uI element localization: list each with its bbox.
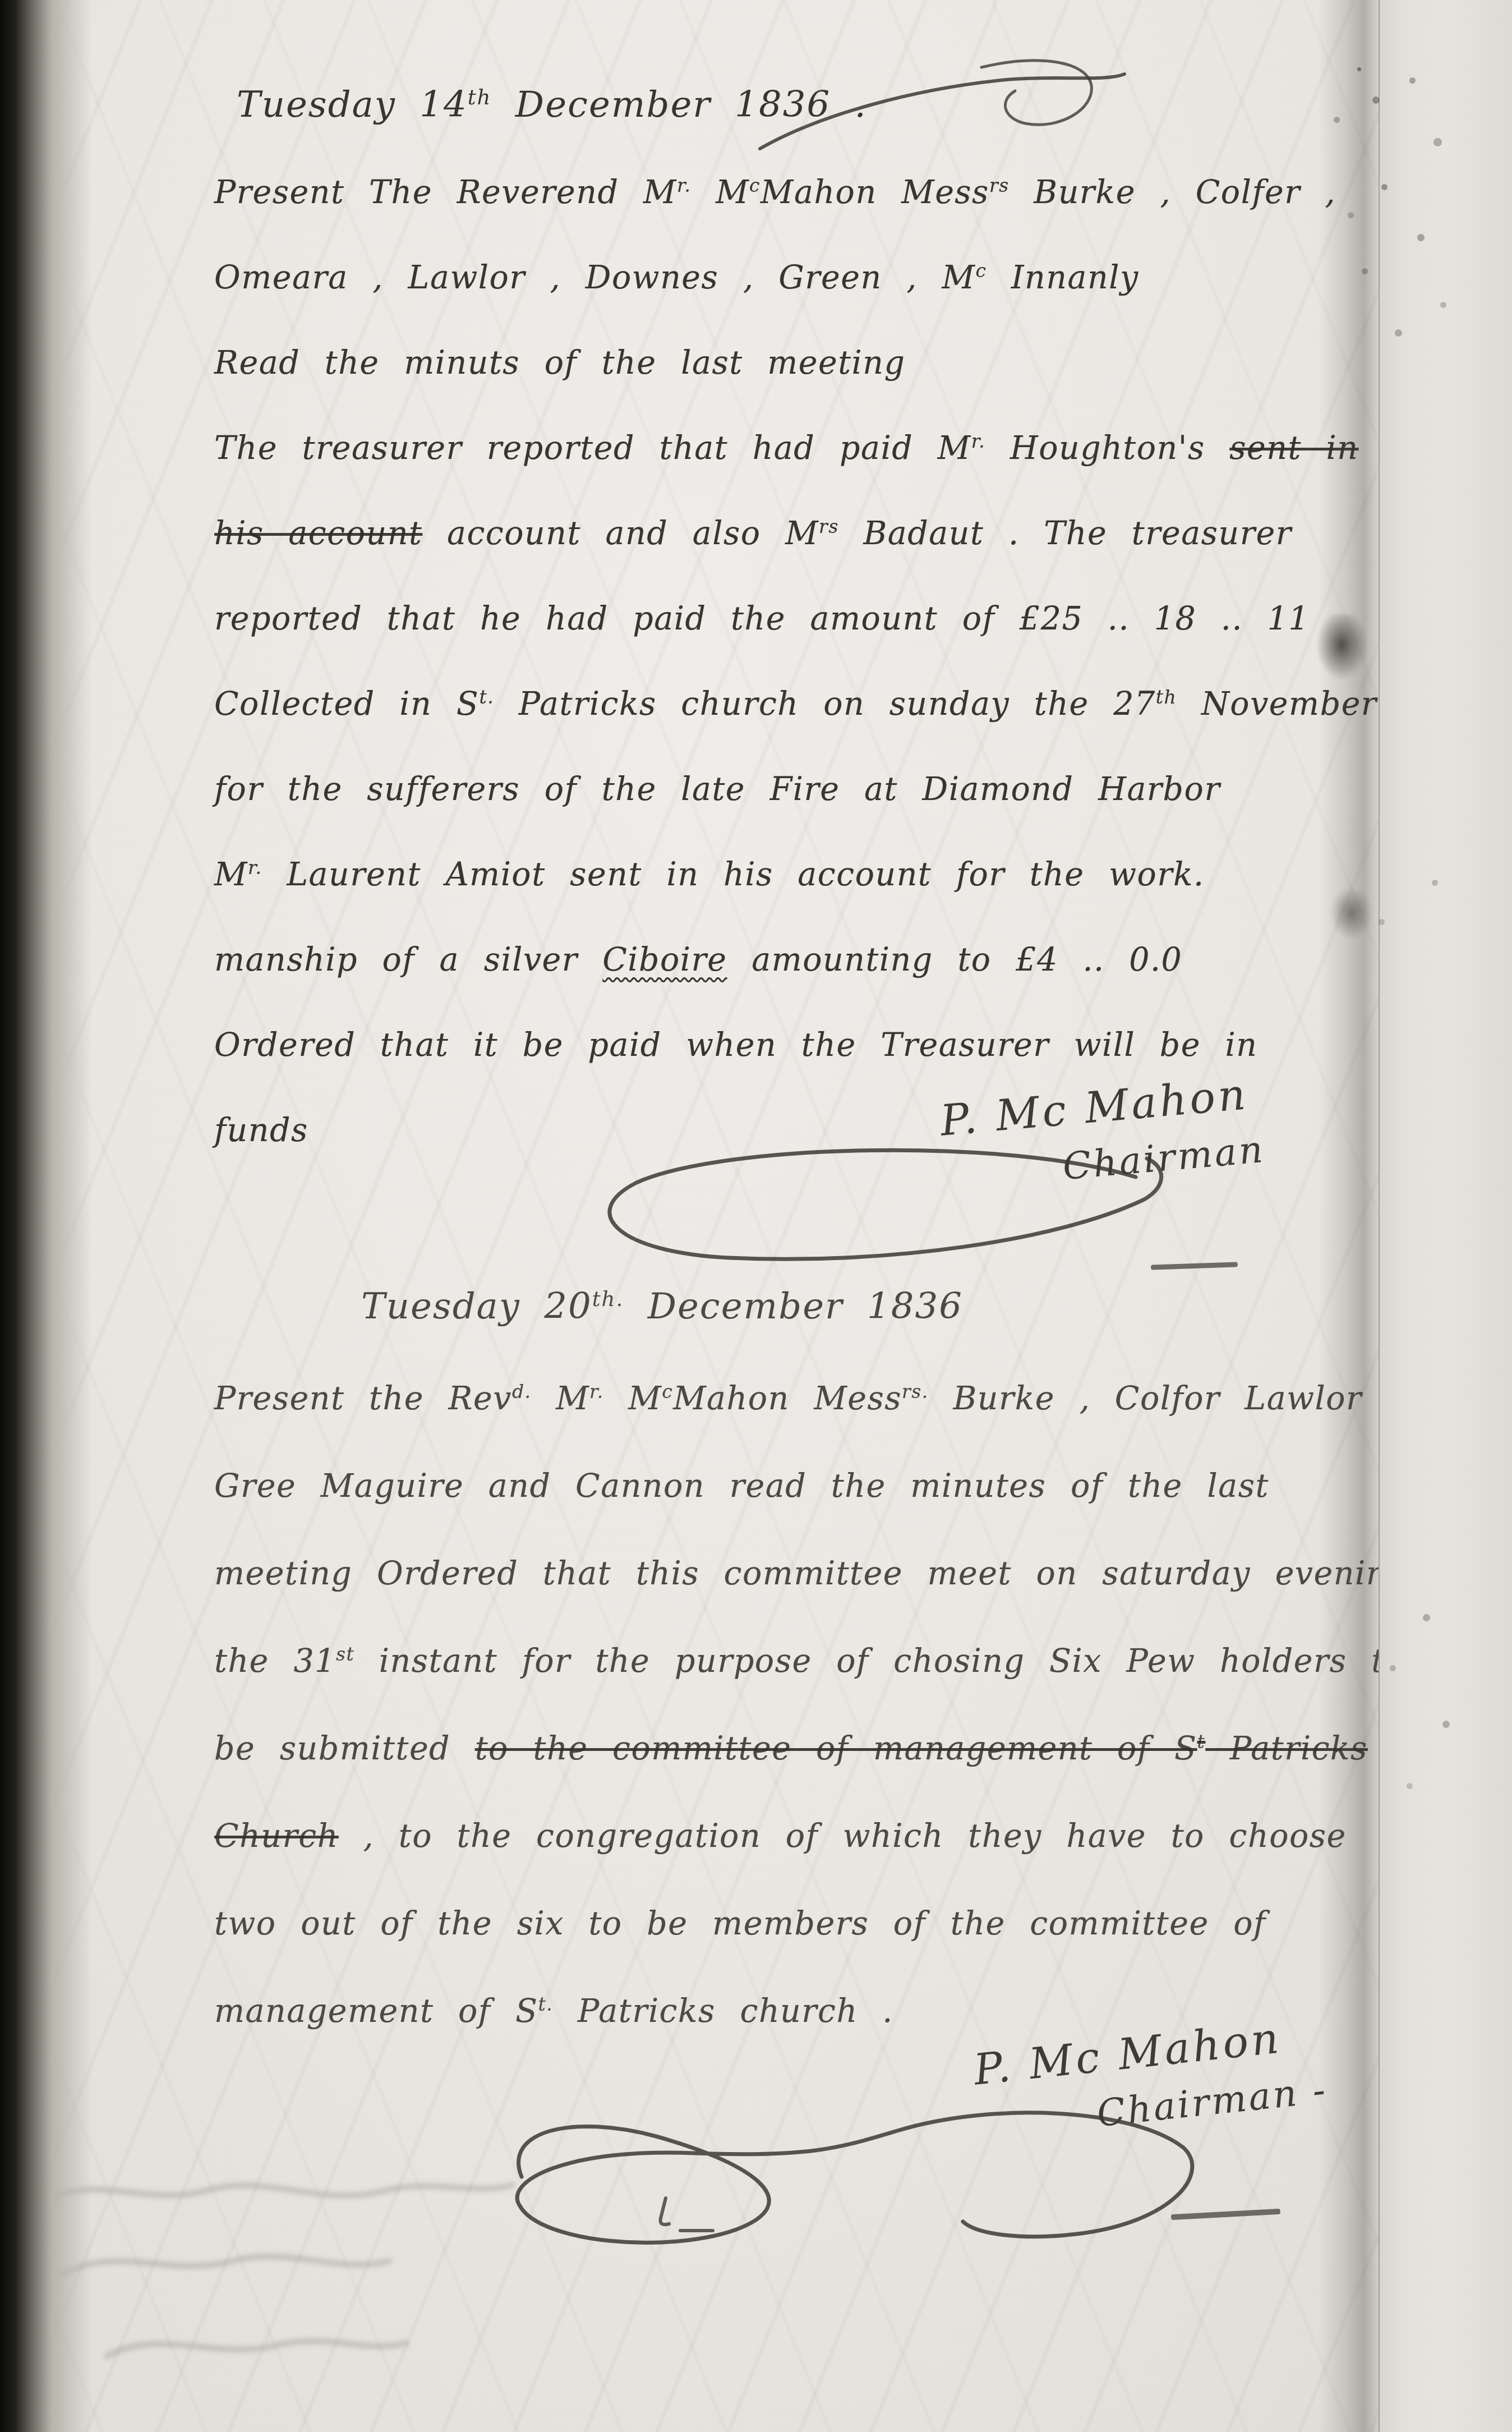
text-segment: November xyxy=(1177,686,1377,723)
text-segment: M xyxy=(214,856,248,893)
text-segment: December 1836 . xyxy=(492,84,867,126)
text-segment: st xyxy=(336,1643,354,1665)
text-segment: Gree Maguire and Cannon read the minutes… xyxy=(214,1468,1269,1505)
entry-body-text: Present the Revd. Mr. McMahon Messrs. Bu… xyxy=(214,1380,1398,2080)
manuscript-line: his account account and also Mrs Badaut … xyxy=(214,515,1398,600)
text-segment: Burke , Colfer , xyxy=(1009,174,1336,211)
manuscript-line: meeting Ordered that this committee meet… xyxy=(214,1555,1398,1643)
text-segment: r. xyxy=(589,1381,604,1403)
text-segment: Tuesday 20 xyxy=(361,1286,592,1327)
text-segment: r. xyxy=(248,857,262,879)
manuscript-line: manship of a silver Ciboire amounting to… xyxy=(214,941,1398,1027)
text-segment: t xyxy=(1197,1731,1206,1753)
text-segment: for the sufferers of the late Fire at Di… xyxy=(214,771,1220,808)
manuscript-line: Omeara , Lawlor , Downes , Green , Mc In… xyxy=(214,259,1398,344)
manuscript-line: the 31st instant for the purpose of chos… xyxy=(214,1643,1398,1730)
text-segment: Innanly xyxy=(987,259,1138,296)
text-segment: Patricks church on sunday the 27 xyxy=(494,686,1156,723)
text-segment: Laurent Amiot sent in his account for th… xyxy=(262,856,1205,893)
text-segment: Mahon Mess xyxy=(673,1380,902,1417)
text-segment: manship of a silver xyxy=(214,941,602,978)
text-segment: t. xyxy=(538,1993,554,2015)
foxing-speckles xyxy=(1357,67,1361,71)
text-segment: Burke , Colfor Lawlor xyxy=(929,1380,1362,1417)
text-segment: r. xyxy=(971,430,986,452)
manuscript-line: reported that he had paid the amount of … xyxy=(214,600,1398,686)
text-segment: th. xyxy=(592,1287,624,1311)
text-segment: rs. xyxy=(902,1381,929,1403)
text-segment: Read the minuts of the last meeting xyxy=(214,344,906,381)
text-segment: account and also M xyxy=(422,515,819,552)
text-segment: M xyxy=(604,1380,662,1417)
text-segment: c xyxy=(975,260,987,282)
manuscript-line: Read the minuts of the last meeting xyxy=(214,344,1398,430)
text-segment: Church xyxy=(214,1818,339,1855)
signature-flourish-second xyxy=(468,2065,1310,2255)
entry-heading-date: Tuesday 20th. December 1836 xyxy=(214,1286,1398,1380)
text-segment: c xyxy=(662,1381,673,1403)
minutes-entry-dec-20: Tuesday 20th. December 1836 Present the … xyxy=(214,1286,1398,2080)
text-segment: Patricks xyxy=(1205,1730,1368,1767)
text-segment: Tuesday 14 xyxy=(237,84,468,126)
text-segment: , to the congregation of which they have… xyxy=(339,1818,1347,1855)
text-segment: Badaut . The treasurer xyxy=(839,515,1292,552)
manuscript-line: Church , to the congregation of which th… xyxy=(214,1818,1398,1905)
text-segment: rs xyxy=(819,516,839,537)
text-segment: M xyxy=(532,1380,589,1417)
text-segment: rs xyxy=(989,174,1009,196)
manuscript-line: two out of the six to be members of the … xyxy=(214,1905,1398,1993)
text-segment: instant for the purpose of chosing Six P… xyxy=(354,1643,1405,1680)
text-segment: c xyxy=(749,174,760,196)
text-segment: Patricks church . xyxy=(553,1993,893,2030)
text-segment: The treasurer reported that had paid M xyxy=(214,430,971,467)
text-segment: d. xyxy=(512,1381,532,1403)
entry-heading-date: Tuesday 14th December 1836 . xyxy=(214,84,1398,174)
text-segment: Ciboire xyxy=(602,941,727,978)
text-segment: r. xyxy=(677,174,692,196)
manuscript-line: Gree Maguire and Cannon read the minutes… xyxy=(214,1468,1398,1555)
text-segment: M xyxy=(692,174,749,211)
text-segment: be submitted xyxy=(214,1730,475,1767)
text-segment: two out of the six to be members of the … xyxy=(214,1905,1266,1942)
manuscript-line: Present The Reverend Mr. McMahon Messrs … xyxy=(214,174,1398,259)
signature-flourish-first xyxy=(583,1133,1178,1274)
text-segment: Present the Rev xyxy=(214,1380,512,1417)
text-segment: funds xyxy=(214,1112,308,1149)
manuscript-line: for the sufferers of the late Fire at Di… xyxy=(214,771,1398,856)
manuscript-line: Present the Revd. Mr. McMahon Messrs. Bu… xyxy=(214,1380,1398,1468)
text-segment: December 1836 xyxy=(624,1286,963,1327)
manuscript-line: Mr. Laurent Amiot sent in his account fo… xyxy=(214,856,1398,941)
text-segment: meeting Ordered that this committee meet… xyxy=(214,1555,1409,1592)
text-segment: sent in xyxy=(1229,430,1358,467)
text-segment: management of S xyxy=(214,1993,538,2030)
text-segment: th xyxy=(1156,686,1177,708)
text-segment: Collected in S xyxy=(214,686,479,723)
manuscript-line: The treasurer reported that had paid Mr.… xyxy=(214,430,1398,515)
manuscript-line: be submitted to the committee of managem… xyxy=(214,1730,1398,1818)
text-segment: to the committee of management of S xyxy=(475,1730,1197,1767)
adjacent-page-edge xyxy=(1379,0,1512,2432)
text-segment: t. xyxy=(479,686,494,708)
text-segment: Ordered that it be paid when the Treasur… xyxy=(214,1027,1258,1064)
text-segment: Houghton's xyxy=(985,430,1229,467)
text-segment: the 31 xyxy=(214,1643,336,1680)
text-segment: Present The Reverend M xyxy=(214,174,677,211)
text-segment: Omeara , Lawlor , Downes , Green , M xyxy=(214,259,975,296)
minutes-entry-dec-14: Tuesday 14th December 1836 . Present The… xyxy=(214,84,1398,1197)
manuscript-line: Collected in St. Patricks church on sund… xyxy=(214,686,1398,771)
text-segment: th xyxy=(468,85,492,109)
book-gutter-shadow xyxy=(0,0,95,2432)
text-segment: amounting to £4 .. 0.0 xyxy=(727,941,1183,978)
text-segment: Mahon Mess xyxy=(760,174,989,211)
text-segment: his account xyxy=(214,515,422,552)
text-segment: reported that he had paid the amount of … xyxy=(214,600,1310,637)
entry-body-text: Present The Reverend Mr. McMahon Messrs … xyxy=(214,174,1398,1197)
